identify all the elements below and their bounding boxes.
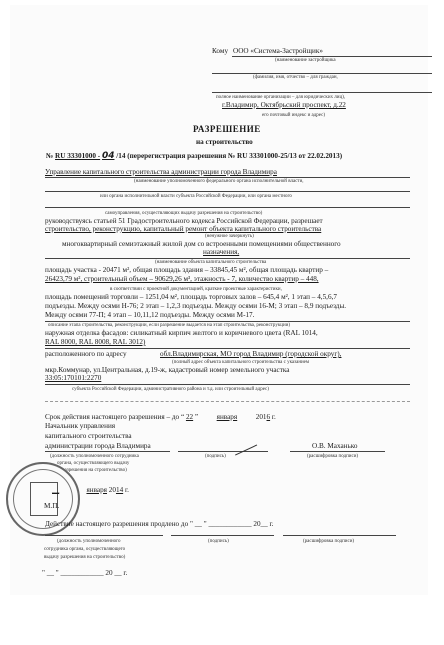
position-line-2: капитального строительства <box>45 432 132 441</box>
position-line-3: администрации города Владимира <box>45 442 151 451</box>
number-code: RU 33301000 - <box>55 152 100 160</box>
extension-name-line <box>283 535 396 536</box>
extension-month: ____________ <box>208 520 251 528</box>
divider <box>45 177 410 178</box>
name-underline <box>290 451 385 452</box>
position-underline <box>45 451 170 452</box>
extension-position-line <box>45 535 163 536</box>
issue-month: января <box>61 486 107 495</box>
cadastral-number: 33:05:170101:2270 <box>45 374 101 383</box>
signature-line <box>178 451 268 452</box>
validity-year-suffix: 6 <box>267 413 271 421</box>
hint-position-2: органа, осуществляющего выдачу <box>57 461 129 467</box>
extension-row: Действие настоящего разрешения продлено … <box>45 520 273 529</box>
hint-authority-2: или органа исполнительной власти субъект… <box>100 194 292 200</box>
divider <box>45 348 410 349</box>
location-value: обл.Владимирская, МО город Владимир (гор… <box>160 350 341 359</box>
divider <box>45 321 410 322</box>
ext-hint-name: (расшифровка подписи) <box>303 539 354 545</box>
number-prefix: № <box>46 152 53 160</box>
extension-year: 20__ <box>253 520 267 528</box>
recipient-name: ООО «Система-Застройщик» <box>233 47 323 56</box>
ext-hint-position-2: сотрудника органа, осуществляющего <box>44 547 125 553</box>
number-suffix: /14 <box>116 152 125 160</box>
issue-day: __ <box>52 486 59 494</box>
permit-number: № RU 33301000 - 04 /14 (перерегистрация … <box>46 152 342 161</box>
ext-hint-position-1: (должность уполномоченного <box>57 539 121 545</box>
validity-year-prefix: 201 <box>256 413 267 421</box>
divider <box>45 207 410 208</box>
divider <box>45 384 410 385</box>
hint-signature: (подпись) <box>205 454 226 460</box>
divider <box>45 191 410 192</box>
object-line-1: многоквартирный семиэтажный жилой дом со… <box>62 240 341 249</box>
characteristics-line-3: площадь помещений торговли – 1251,04 м²,… <box>45 293 337 302</box>
divider <box>212 73 432 74</box>
hint-authority-1: (наименование уполномоченного федерально… <box>134 179 304 185</box>
validity-row: Срок действия настоящего разрешения – до… <box>45 413 276 422</box>
issue-date-row: __ января 2014 г. <box>52 486 129 495</box>
divider <box>212 92 432 93</box>
document-title: РАЗРЕШЕНИЕ <box>193 124 261 134</box>
extension-day: " __ " <box>190 520 207 528</box>
characteristics-line-5: Между осями 77-П; 4 этап – 10,11,12 подъ… <box>45 311 254 320</box>
divider <box>232 56 432 57</box>
hint-position-3: разрешения на строительство) <box>62 468 127 474</box>
characteristics-line-4: подъезды. Между осями Н-76; 2 этап – 1,2… <box>45 302 346 311</box>
validity-label: Срок действия настоящего разрешения – до <box>45 413 179 421</box>
location-label: расположенного по адресу <box>45 350 127 359</box>
issue-year-prefix: 20 <box>109 486 116 494</box>
reregistration-note: (перерегистрация разрешения № RU 3330100… <box>127 152 342 160</box>
hint-name: (расшифровка подписи) <box>307 454 358 460</box>
ext-hint-position-3: выдачу разрешения на строительство) <box>44 555 125 561</box>
hint-postal: его почтовый индекс и адрес) <box>262 113 325 119</box>
facade-line-2: RAL 8000, RAL 8008, RAL 3012) <box>45 338 145 347</box>
hint-location-2: субъекта Российской Федерации, администр… <box>72 387 269 393</box>
hint-developer: (наименование застройщика <box>275 58 336 64</box>
issue-year-unit: г. <box>125 486 129 494</box>
object-line-2: назначения, <box>203 248 239 257</box>
hint-fio: (фамилия, имя, отчество – для граждан, <box>253 75 338 81</box>
recipient-address: г.Владимир, Октябрьский проспект, д.22 <box>222 101 346 110</box>
hint-position-1: (должность уполномоченного сотрудника <box>50 454 139 460</box>
position-line-1: Начальник управления <box>45 422 115 431</box>
extension-label: Действие настоящего разрешения продлено … <box>45 520 188 528</box>
validity-year-unit: г. <box>272 413 276 421</box>
facade-line-1: наружная отделка фасадов: силикатный кир… <box>45 329 318 338</box>
validity-month: января <box>200 413 254 422</box>
number-handwritten: 04 <box>102 151 115 161</box>
signatory-name: О.В. Маханько <box>312 442 358 451</box>
authority-name: Управление капитального строительства ад… <box>45 168 277 177</box>
extension-signature-line <box>171 535 274 536</box>
recipient-to-label: Кому <box>212 47 228 56</box>
issue-year: 14 <box>116 486 123 494</box>
divider <box>45 401 410 402</box>
characteristics-line-1: площадь участка - 20471 м², общая площад… <box>45 266 328 275</box>
ext-hint-signature: (подпись) <box>208 539 229 545</box>
document-subtitle: на строительство <box>196 138 253 147</box>
characteristics-line-2: 26423,79 м², строительный объем – 90629,… <box>45 275 319 284</box>
permission-line-2: строительство, реконструкцию, капитальны… <box>45 225 321 234</box>
extension-year-unit: г. <box>270 520 274 528</box>
stamp-label: М.П. <box>44 502 59 511</box>
divider <box>45 258 410 259</box>
extension-date-line: " __ " ____________ 20 __ г. <box>42 569 127 578</box>
